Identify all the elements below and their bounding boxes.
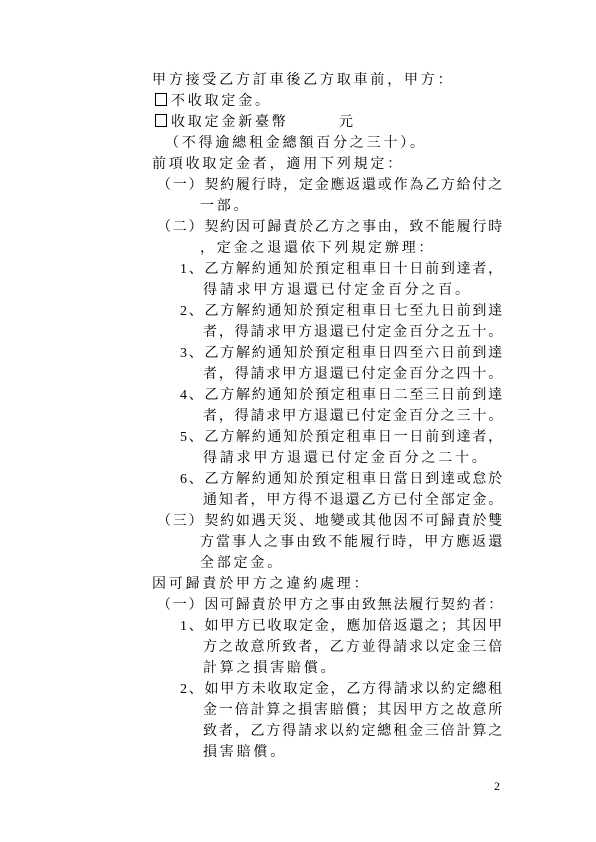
document-line: 5、乙方解約通知於預定租車日一日前到達者，: [0, 427, 596, 448]
line-text: 因可歸責於甲方之違約處理：: [152, 577, 370, 592]
document-line: （一）因可歸責於甲方之事由致無法履行契約者：: [0, 595, 596, 616]
document-line: 計算之損害賠償。: [0, 658, 596, 679]
line-text: 不收取定金。: [171, 94, 272, 109]
line-text: （一）因可歸責於甲方之事由致無法履行契約者：: [157, 598, 503, 613]
line-text: 4、乙方解約通知於預定租車日二至三日前到達: [180, 388, 503, 403]
line-text: 得請求甲方退還已付定金百分之二十。: [203, 451, 489, 466]
line-text: 5、乙方解約通知於預定租車日一日前到達者，: [180, 430, 503, 445]
document-line: 因可歸責於甲方之違約處理：: [0, 574, 596, 595]
document-line: 方之故意所致者，乙方並得請求以定金三倍: [0, 637, 596, 658]
line-text: 3、乙方解約通知於預定租車日四至六日前到達: [180, 346, 503, 361]
document-line: 者，得請求甲方退還已付定金百分之三十。: [0, 406, 596, 427]
line-text: 通知者，甲方得不退還乙方已付全部定金。: [203, 493, 503, 508]
line-text: 者，得請求甲方退還已付定金百分之三十。: [203, 409, 503, 424]
line-text: 6、乙方解約通知於預定租車日當日到達或怠於: [180, 472, 503, 487]
line-text: （不得逾總租金總額百分之三十）。: [165, 136, 427, 151]
line-text: 得請求甲方退還已付定金百分之百。: [203, 283, 472, 298]
document-line: 2、如甲方未收取定金，乙方得請求以約定總租: [0, 679, 596, 700]
document-line: 2、乙方解約通知於預定租車日七至九日前到達: [0, 301, 596, 322]
line-text: 全部定金。: [200, 556, 284, 571]
document-line: （一）契約履行時，定金應返還或作為乙方給付之: [0, 175, 596, 196]
document-line: 一部。: [0, 196, 596, 217]
line-text: 收取定金新臺幣 元: [171, 115, 356, 130]
line-text: 2、乙方解約通知於預定租車日七至九日前到達: [180, 304, 503, 319]
line-text: 2、如甲方未收取定金，乙方得請求以約定總租: [180, 682, 503, 697]
document-line: 通知者，甲方得不退還乙方已付全部定金。: [0, 490, 596, 511]
document-line: 得請求甲方退還已付定金百分之百。: [0, 280, 596, 301]
document-line: 1、如甲方已收取定金，應加倍返還之；其因甲: [0, 616, 596, 637]
document-line: 收取定金新臺幣 元: [0, 112, 596, 133]
document-line: 全部定金。: [0, 553, 596, 574]
document-line: 3、乙方解約通知於預定租車日四至六日前到達: [0, 343, 596, 364]
line-text: （一）契約履行時，定金應返還或作為乙方給付之: [157, 178, 503, 193]
line-text: 計算之損害賠償。: [203, 661, 337, 676]
document-line: 6、乙方解約通知於預定租車日當日到達或怠於: [0, 469, 596, 490]
line-text: 一部。: [200, 199, 250, 214]
checkbox-no-deposit-icon[interactable]: [155, 93, 167, 106]
document-line: 者，得請求甲方退還已付定金百分之四十。: [0, 364, 596, 385]
document-body: 甲方接受乙方訂車後乙方取車前，甲方：不收取定金。收取定金新臺幣 元（不得逾總租金…: [0, 70, 596, 763]
document-line: 損害賠償。: [0, 742, 596, 763]
document-line: 甲方接受乙方訂車後乙方取車前，甲方：: [0, 70, 596, 91]
line-text: 前項收取定金者，適用下列規定：: [152, 157, 404, 172]
line-text: 1、如甲方已收取定金，應加倍返還之；其因甲: [180, 619, 503, 634]
line-text: 者，得請求甲方退還已付定金百分之四十。: [203, 367, 503, 382]
document-line: 前項收取定金者，適用下列規定：: [0, 154, 596, 175]
document-line: 者，得請求甲方退還已付定金百分之五十。: [0, 322, 596, 343]
line-text: 甲方接受乙方訂車後乙方取車前，甲方：: [152, 73, 454, 88]
line-text: 方當事人之事由致不能履行時，甲方應返還: [200, 535, 503, 550]
document-line: 金一倍計算之損害賠償；其因甲方之故意所: [0, 700, 596, 721]
document-line: （二）契約因可歸責於乙方之事由，致不能履行時: [0, 217, 596, 238]
line-text: ，定金之退還依下列規定辦理：: [200, 241, 435, 256]
line-text: 者，得請求甲方退還已付定金百分之五十。: [203, 325, 503, 340]
checkbox-deposit-icon[interactable]: [155, 114, 167, 127]
document-line: ，定金之退還依下列規定辦理：: [0, 238, 596, 259]
page-number: 2: [494, 779, 500, 793]
line-text: 方之故意所致者，乙方並得請求以定金三倍: [203, 640, 503, 655]
document-line: 不收取定金。: [0, 91, 596, 112]
document-line: 方當事人之事由致不能履行時，甲方應返還: [0, 532, 596, 553]
document-line: 4、乙方解約通知於預定租車日二至三日前到達: [0, 385, 596, 406]
line-text: 1、乙方解約通知於預定租車日十日前到達者，: [180, 262, 503, 277]
line-text: （二）契約因可歸責於乙方之事由，致不能履行時: [157, 220, 503, 235]
line-text: 致者，乙方得請求以約定總租金三倍計算之: [203, 724, 503, 739]
line-text: （三）契約如遇天災、地變或其他因不可歸責於雙: [157, 514, 503, 529]
contract-page: 甲方接受乙方訂車後乙方取車前，甲方：不收取定金。收取定金新臺幣 元（不得逾總租金…: [0, 0, 596, 842]
document-line: （三）契約如遇天災、地變或其他因不可歸責於雙: [0, 511, 596, 532]
document-line: 得請求甲方退還已付定金百分之二十。: [0, 448, 596, 469]
line-text: 金一倍計算之損害賠償；其因甲方之故意所: [203, 703, 503, 718]
document-line: 致者，乙方得請求以約定總租金三倍計算之: [0, 721, 596, 742]
line-text: 損害賠償。: [203, 745, 287, 760]
document-line: （不得逾總租金總額百分之三十）。: [0, 133, 596, 154]
document-line: 1、乙方解約通知於預定租車日十日前到達者，: [0, 259, 596, 280]
